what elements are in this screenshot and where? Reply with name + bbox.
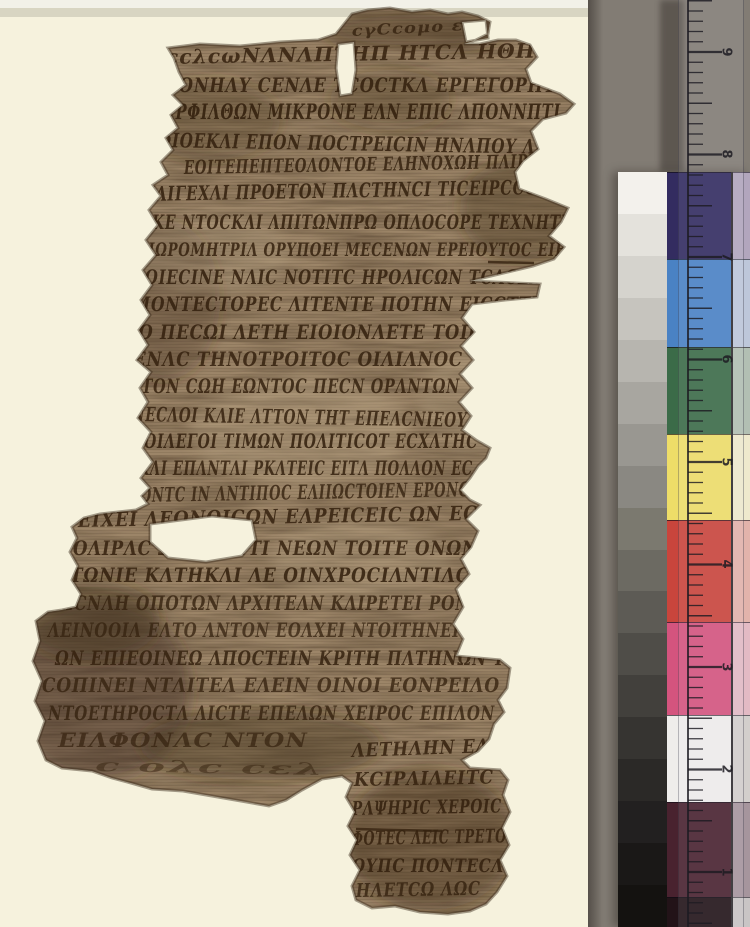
grayscale-step bbox=[618, 466, 667, 509]
grayscale-step bbox=[618, 591, 667, 634]
grayscale-step bbox=[618, 256, 667, 299]
grayscale-step bbox=[618, 214, 667, 257]
grayscale-step bbox=[618, 298, 667, 341]
grayscale-step bbox=[618, 801, 667, 844]
grayscale-step bbox=[618, 717, 667, 760]
grayscale-step bbox=[618, 424, 667, 467]
grayscale-step bbox=[618, 633, 667, 676]
backing-shade bbox=[588, 0, 602, 927]
grayscale-step bbox=[618, 843, 667, 886]
mat-top-edge-shadow bbox=[0, 8, 588, 17]
manuscript-photo: cγCcομο εccλcωΝΛΝΛΠΤΗΠ ΗΤCΛ ΗΘΗΘΟΝΗΛΥ CΕ… bbox=[0, 0, 750, 927]
photo-mat bbox=[0, 0, 588, 927]
grayscale-step bbox=[618, 172, 667, 215]
grayscale-step bbox=[618, 382, 667, 425]
ruler-strip bbox=[678, 0, 744, 927]
grayscale-step bbox=[618, 675, 667, 718]
grayscale-strip bbox=[618, 172, 667, 927]
grayscale-step bbox=[618, 340, 667, 383]
grayscale-step bbox=[618, 508, 667, 551]
grayscale-step bbox=[618, 550, 667, 593]
grayscale-step bbox=[618, 759, 667, 802]
mat-top-edge-highlight bbox=[0, 0, 588, 8]
grayscale-step bbox=[618, 885, 667, 927]
